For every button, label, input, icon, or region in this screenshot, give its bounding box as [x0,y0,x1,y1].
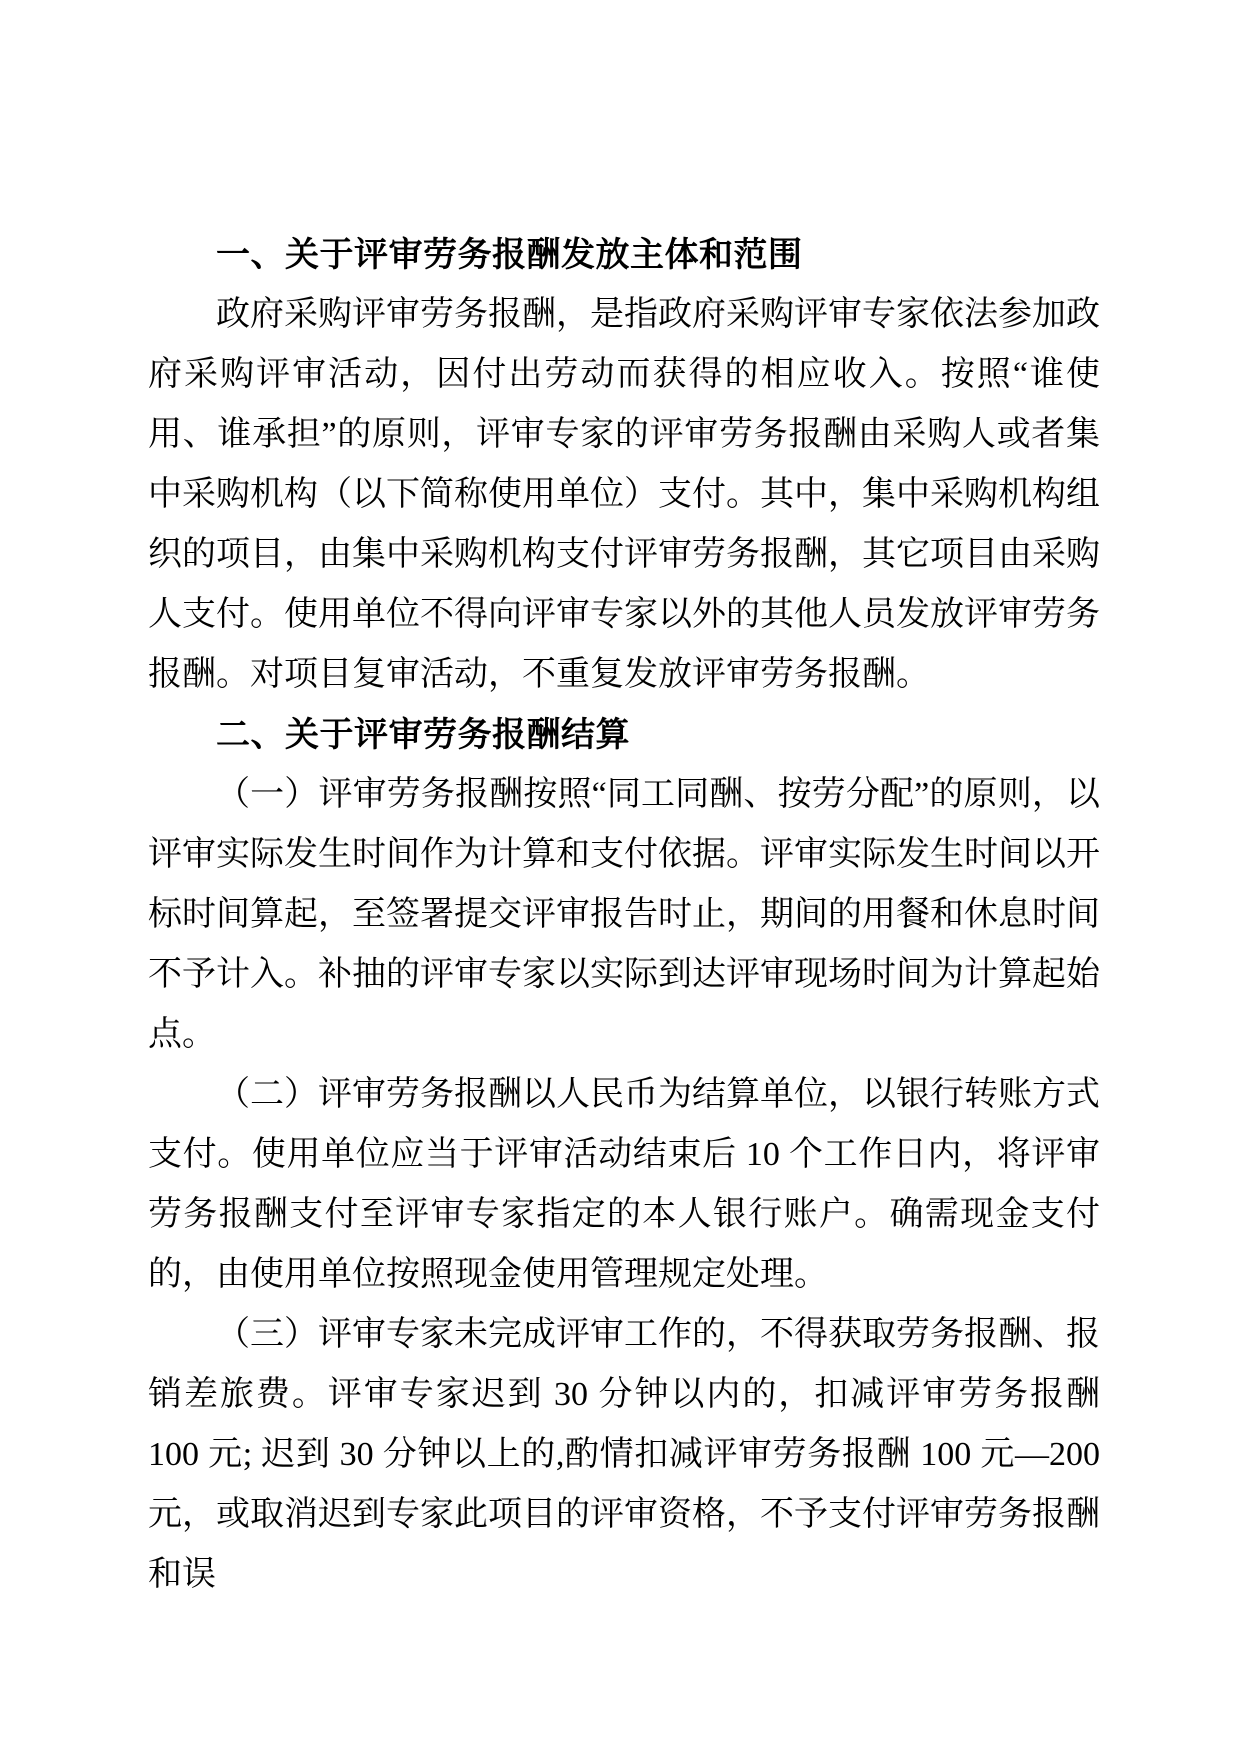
heading-section-2-settlement: 二、关于评审劳务报酬结算 [148,705,1100,765]
paragraph-item-2: （二）评审劳务报酬以人民币为结算单位，以银行转账方式支付。使用单位应当于评审活动… [148,1065,1100,1305]
heading-section-1-subject-and-scope: 一、关于评审劳务报酬发放主体和范围 [148,225,1100,285]
document-page: 一、关于评审劳务报酬发放主体和范围 政府采购评审劳务报酬，是指政府采购评审专家依… [0,0,1241,1755]
paragraph-item-3: （三）评审专家未完成评审工作的，不得获取劳务报酬、报销差旅费。评审专家迟到 30… [148,1305,1100,1605]
paragraph-item-1: （一）评审劳务报酬按照“同工同酬、按劳分配”的原则，以评审实际发生时间作为计算和… [148,765,1100,1065]
paragraph-section1-body: 政府采购评审劳务报酬，是指政府采购评审专家依法参加政府采购评审活动，因付出劳动而… [148,285,1100,705]
